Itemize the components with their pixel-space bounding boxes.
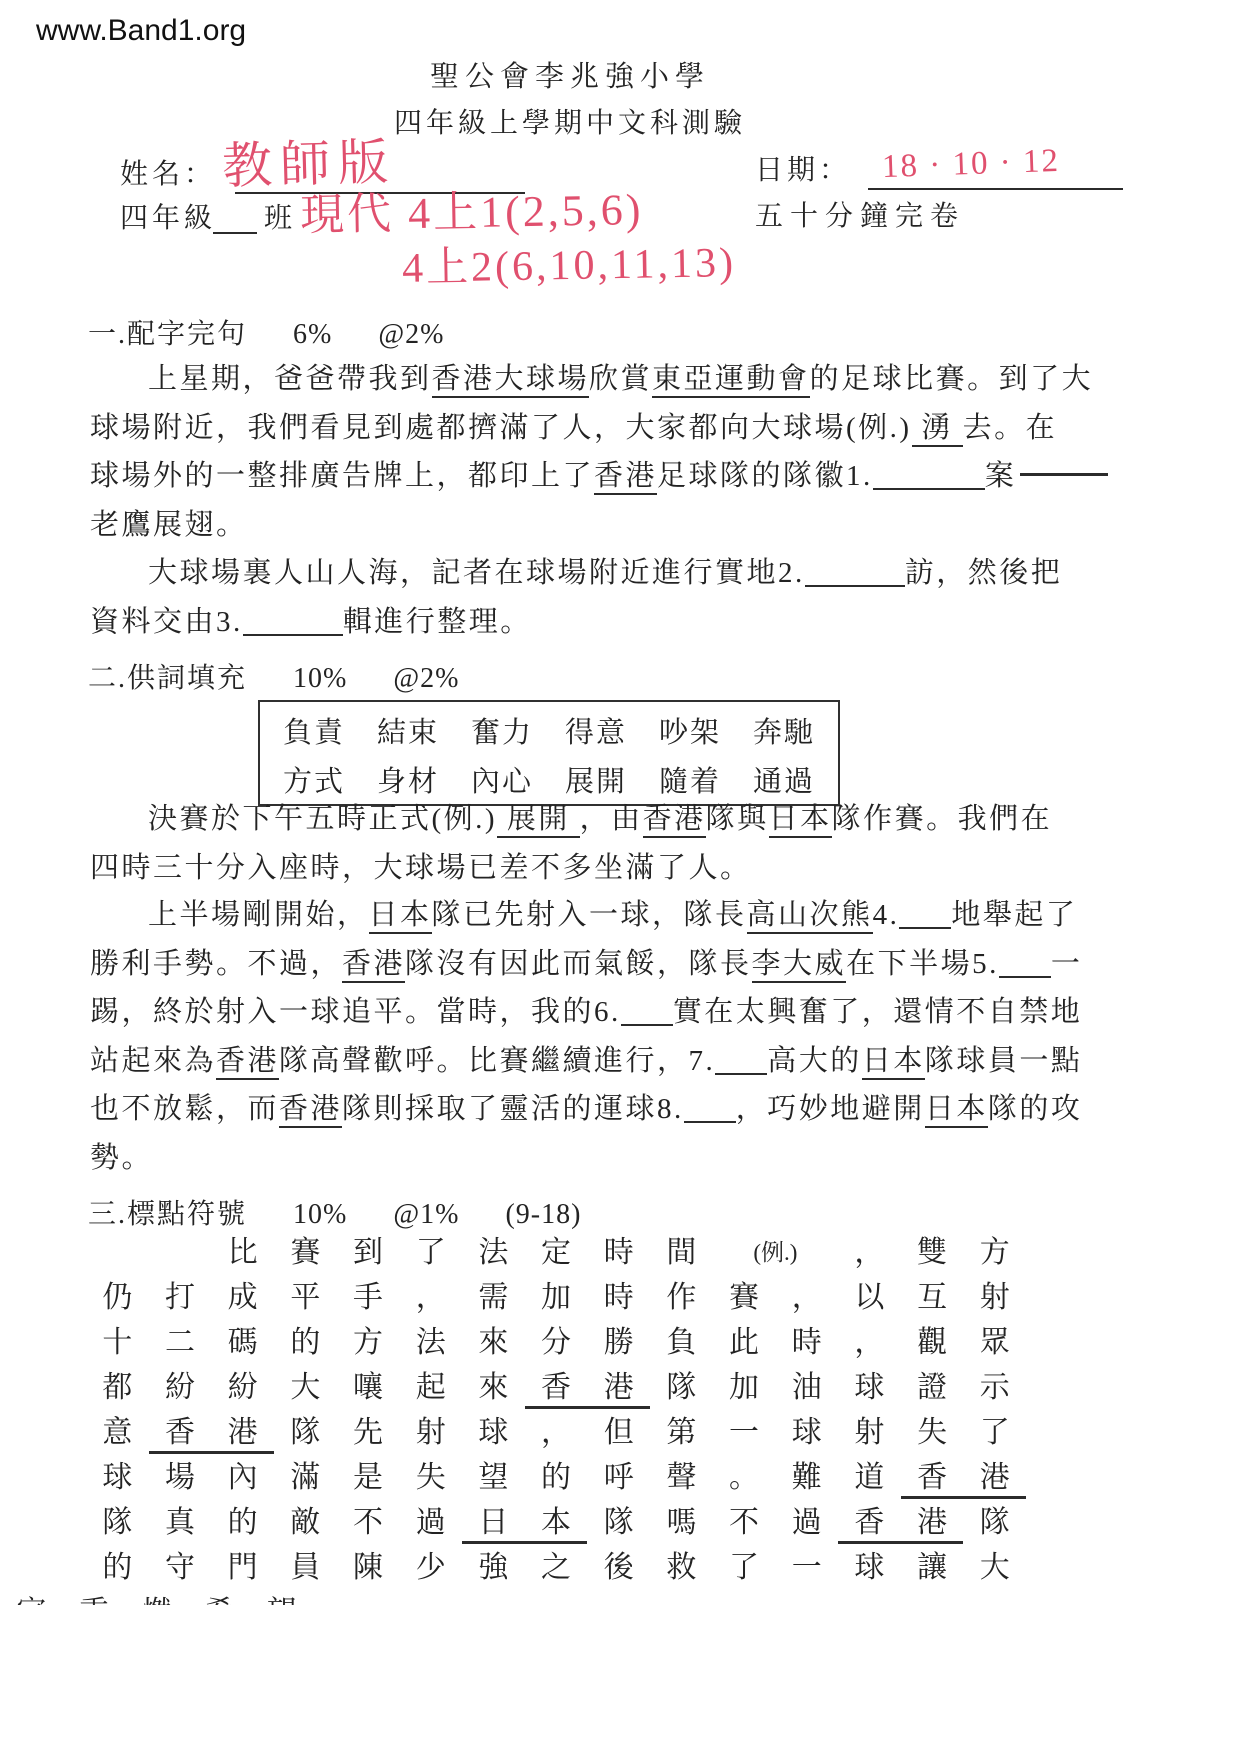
text-line: 老鷹展翅。 <box>90 502 1140 551</box>
answer-blank <box>805 556 905 587</box>
section-1-title: 配字完句 <box>127 319 247 350</box>
date-handwritten: 18 · 10 · 12 <box>881 143 1060 186</box>
text-line: 也不放鬆，而香港隊則採取了靈活的運球8.，巧妙地避開日本隊的攻 <box>90 1086 1140 1135</box>
grid-char-cell: 道 <box>838 1457 901 1502</box>
grid-char-cell: 勝 <box>587 1322 650 1367</box>
answer-blank <box>243 605 343 636</box>
name-label: 姓名： <box>120 152 216 192</box>
date-label: 日期： <box>755 148 851 188</box>
text-run: ，由 <box>580 803 643 835</box>
grid-char-cell: 此 <box>713 1322 776 1367</box>
text-line: 球場外的一整排廣告牌上，都印上了香港足球隊的隊徽1.案 <box>90 453 1140 502</box>
word-bank-row: 方式身材內心展開隨着通過 <box>260 759 838 800</box>
duration-note: 五十分鐘完卷 <box>755 194 965 234</box>
grid-char-cell: 負 <box>650 1322 713 1367</box>
word-bank-word: 展開 <box>565 759 627 800</box>
underlined-text: 香港 <box>594 460 657 495</box>
grid-char-cell: 平 <box>274 1277 337 1322</box>
class-suffix: 班 <box>264 196 296 236</box>
grid-char-cell: 來 <box>462 1367 525 1412</box>
grid-char-cell: 過 <box>775 1502 838 1547</box>
em-dash <box>1020 473 1108 476</box>
grid-char-cell: 家 <box>0 1592 63 1605</box>
grid-char-cell: 重 <box>63 1592 126 1605</box>
grid-char-cell: 球 <box>838 1367 901 1412</box>
grid-char-cell: 手 <box>337 1277 400 1322</box>
word-bank-word: 隨着 <box>659 759 721 800</box>
text-line: 四時三十分入座時，大球場已差不多坐滿了人。 <box>90 845 1140 894</box>
grid-char-cell: 都 <box>86 1367 149 1412</box>
grid-char-cell: 難 <box>775 1457 838 1502</box>
grid-char-cell: 觀 <box>901 1322 964 1367</box>
section-2-paragraph-2: 上半場剛開始，日本隊已先射入一球，隊長高山次熊4.地舉起了勝利手勢。不過，香港隊… <box>90 892 1140 1183</box>
grid-char-cell: 作 <box>650 1277 713 1322</box>
word-bank-row: 負責結束奮力得意吵架奔馳 <box>260 710 838 751</box>
text-run: 隊已先射入一球，隊長 <box>432 899 747 931</box>
section-2-number: 二. <box>88 663 127 694</box>
text-line: 勝利手勢。不過，香港隊沒有因此而氣餒，隊長李大威在下半場5.一 <box>90 941 1140 990</box>
underlined-text: 香港 <box>279 1093 342 1128</box>
grid-char-cell: 希 <box>188 1592 251 1605</box>
punctuation-grid-clipped-row: 家重燃希望 <box>0 1592 940 1605</box>
section-3-each: @1% <box>393 1199 459 1230</box>
grid-char-cell: 射 <box>399 1412 462 1457</box>
grid-char-cell: 一 <box>713 1412 776 1457</box>
grid-char-cell: 香 <box>901 1457 964 1499</box>
grid-row: 比賽到了法定時間(例.)，雙方 <box>86 1232 1026 1277</box>
section-3-percent: 10% <box>293 1199 347 1230</box>
grid-char-cell: 是 <box>337 1457 400 1502</box>
grid-char-cell: (例.) <box>713 1232 838 1277</box>
text-run: 大球場裏人山人海，記者在球場附近進行實地2. <box>148 557 805 589</box>
grid-char-cell: 呼 <box>587 1457 650 1502</box>
grid-char-cell: 後 <box>587 1547 650 1592</box>
grid-char-cell: 少 <box>399 1547 462 1592</box>
grid-char-cell: 聲 <box>650 1457 713 1502</box>
section-2-percent: 10% <box>293 663 347 694</box>
grid-char-cell: 敵 <box>274 1502 337 1547</box>
grid-char-cell: 的 <box>86 1547 149 1592</box>
grid-empty-cell <box>752 1592 815 1605</box>
grid-empty-cell <box>501 1592 564 1605</box>
school-title: 聖公會李兆強小學 <box>0 54 1140 95</box>
grid-char-cell: 十 <box>86 1322 149 1367</box>
underlined-text: 展開 <box>497 803 580 838</box>
grid-char-cell: 賽 <box>713 1277 776 1322</box>
section-2-paragraph-1: 決賽於下午五時正式(例.) 展開 ，由香港隊與日本隊作賽。我們在四時三十分入座時… <box>90 796 1140 893</box>
text-run: 實在太興奮了，還情不自禁地 <box>673 996 1083 1028</box>
grid-empty-cell <box>877 1592 940 1605</box>
text-run: 上星期，爸爸帶我到 <box>148 363 432 395</box>
text-run: 站起來為 <box>90 1045 216 1077</box>
grid-char-cell: 碼 <box>211 1322 274 1367</box>
grid-char-cell: 港 <box>587 1367 650 1409</box>
text-run: 也不放鬆，而 <box>90 1093 279 1125</box>
section-3-range: (9-18) <box>505 1199 581 1230</box>
grid-char-cell: 香 <box>838 1502 901 1544</box>
grid-empty-cell <box>564 1592 627 1605</box>
grid-char-cell: 加 <box>525 1277 588 1322</box>
text-run: 的足球比賽。到了大 <box>810 363 1094 395</box>
grid-char-cell: 燃 <box>125 1592 188 1605</box>
grid-char-cell: 了 <box>399 1232 462 1277</box>
grid-char-cell: 香 <box>149 1412 212 1454</box>
grid-char-cell: 過 <box>399 1502 462 1547</box>
section-1-heading: 一.配字完句6%@2% <box>88 312 444 352</box>
section-2-heading: 二.供詞填充10%@2% <box>88 656 459 696</box>
grid-char-cell: 隊 <box>274 1412 337 1457</box>
answer-blank <box>999 947 1051 978</box>
grid-char-cell: 到 <box>337 1232 400 1277</box>
text-run: 高大的 <box>767 1045 862 1077</box>
grid-char-cell: 強 <box>462 1547 525 1592</box>
underlined-text: 香港大球場 <box>432 363 590 398</box>
grid-char-cell: 真 <box>149 1502 212 1547</box>
grid-char-cell: ， <box>838 1232 901 1277</box>
grid-char-cell: 場 <box>149 1457 212 1502</box>
word-bank-word: 結束 <box>377 710 439 751</box>
grid-char-cell: 不 <box>713 1502 776 1547</box>
grid-char-cell: 港 <box>963 1457 1026 1499</box>
grid-char-cell: ， <box>399 1277 462 1322</box>
underlined-text: 李大威 <box>752 948 847 983</box>
text-run: 隊則採取了靈活的運球8. <box>342 1093 684 1125</box>
grid-char-cell: 油 <box>775 1367 838 1412</box>
underlined-text: 高山次熊 <box>747 899 873 934</box>
underlined-text: 日本 <box>369 899 432 934</box>
text-run: 踢，終於射入一球追平。當時，我的6. <box>90 996 621 1028</box>
text-run: 4. <box>873 899 900 931</box>
text-run: 四時三十分入座時，大球場已差不多坐滿了人。 <box>90 852 752 884</box>
text-run: 隊沒有因此而氣餒，隊長 <box>405 948 752 980</box>
grid-empty-cell <box>627 1592 690 1605</box>
grid-char-cell: 證 <box>901 1367 964 1412</box>
underlined-text: 香港 <box>643 803 706 838</box>
grid-char-cell: 港 <box>211 1412 274 1454</box>
text-run: 訪，然後把 <box>905 557 1063 589</box>
grid-char-cell: 守 <box>149 1547 212 1592</box>
grid-empty-cell <box>86 1232 149 1277</box>
section-3-heading: 三.標點符號10%@1%(9-18) <box>88 1192 581 1232</box>
grid-char-cell: 紛 <box>149 1367 212 1412</box>
grid-char-cell: 一 <box>775 1547 838 1592</box>
grid-char-cell: 眾 <box>963 1322 1026 1367</box>
grid-char-cell: 二 <box>149 1322 212 1367</box>
grid-char-cell: 方 <box>963 1232 1026 1277</box>
grid-row: 隊真的敵不過日本隊嗎不過香港隊 <box>86 1502 1026 1547</box>
underlined-text: 東亞運動會 <box>652 363 810 398</box>
text-run: 勢。 <box>90 1142 153 1174</box>
grid-char-cell: 時 <box>775 1322 838 1367</box>
grid-char-cell: 定 <box>525 1232 588 1277</box>
grid-char-cell: 嗎 <box>650 1502 713 1547</box>
grid-char-cell: 時 <box>587 1232 650 1277</box>
word-bank-word: 身材 <box>377 759 439 800</box>
answer-blank <box>873 459 985 490</box>
grid-char-cell: 仍 <box>86 1277 149 1322</box>
grid-row: 都紛紛大嚷起來香港隊加油球證示 <box>86 1367 1026 1412</box>
text-run: 隊高聲歡呼。比賽繼續進行，7. <box>279 1045 715 1077</box>
section-3-number: 三. <box>88 1199 127 1230</box>
word-bank-word: 奔馳 <box>753 710 815 751</box>
grid-char-cell: 需 <box>462 1277 525 1322</box>
grid-empty-cell <box>149 1232 212 1277</box>
grid-char-cell: 但 <box>587 1412 650 1457</box>
grid-empty-cell <box>376 1592 439 1605</box>
text-run: 資料交由3. <box>90 606 243 638</box>
grid-empty-cell <box>313 1592 376 1605</box>
grid-row: 意香港隊先射球，但第一球射失了 <box>86 1412 1026 1457</box>
grid-char-cell: 間 <box>650 1232 713 1277</box>
grid-char-cell: 不 <box>337 1502 400 1547</box>
text-run: 上半場剛開始， <box>148 899 369 931</box>
grid-char-cell: 球 <box>775 1412 838 1457</box>
section-2-each: @2% <box>393 663 459 694</box>
grid-char-cell: 隊 <box>86 1502 149 1547</box>
grid-char-cell: 了 <box>963 1412 1026 1457</box>
grid-char-cell: 球 <box>462 1412 525 1457</box>
grid-char-cell: 港 <box>901 1502 964 1544</box>
grid-char-cell: 望 <box>251 1592 314 1605</box>
grid-char-cell: 第 <box>650 1412 713 1457</box>
text-run: 案 <box>985 460 1017 492</box>
answer-blank <box>684 1092 736 1123</box>
grid-char-cell: 加 <box>713 1367 776 1412</box>
grid-char-cell: ， <box>525 1412 588 1457</box>
grid-char-cell: 之 <box>525 1547 588 1592</box>
class-prefix: 四年級 <box>120 196 216 236</box>
exam-title: 四年級上學期中文科測驗 <box>0 101 1140 141</box>
word-bank-word: 內心 <box>471 759 533 800</box>
grid-char-cell: 比 <box>211 1232 274 1277</box>
text-run: 隊球員一點 <box>925 1045 1083 1077</box>
grid-char-cell: 球 <box>86 1457 149 1502</box>
text-run: 球場外的一整排廣告牌上，都印上了 <box>90 460 594 492</box>
underlined-text: 香港 <box>216 1045 279 1080</box>
grid-char-cell: 門 <box>211 1547 274 1592</box>
section-1-percent: 6% <box>293 319 332 350</box>
grid-row: 球場內滿是失望的呼聲。難道香港 <box>86 1457 1026 1502</box>
text-run: 輯進行整理。 <box>343 606 532 638</box>
grid-char-cell: 失 <box>399 1457 462 1502</box>
text-line: 勢。 <box>90 1135 1140 1184</box>
grid-char-cell: 大 <box>274 1367 337 1412</box>
grid-char-cell: 嚷 <box>337 1367 400 1412</box>
grid-char-cell: 隊 <box>650 1367 713 1412</box>
section-1-paragraph-2: 大球場裏人山人海，記者在球場附近進行實地2.訪，然後把資料交由3.輯進行整理。 <box>90 550 1140 647</box>
grid-char-cell: 起 <box>399 1367 462 1412</box>
grid-char-cell: 法 <box>399 1322 462 1367</box>
text-line: 上半場剛開始，日本隊已先射入一球，隊長高山次熊4.地舉起了 <box>90 892 1140 941</box>
text-run: 隊與 <box>706 803 769 835</box>
grid-char-cell: ， <box>775 1277 838 1322</box>
text-run: 隊作賽。我們在 <box>832 803 1053 835</box>
grid-char-cell: 本 <box>525 1502 588 1544</box>
word-bank-word: 吵架 <box>659 710 721 751</box>
grid-char-cell: 以 <box>838 1277 901 1322</box>
text-run: 決賽於下午五時正式(例.) <box>148 803 497 835</box>
grid-char-cell: 球 <box>838 1547 901 1592</box>
grid-char-cell: 先 <box>337 1412 400 1457</box>
grid-char-cell: 隊 <box>963 1502 1026 1547</box>
section-1-paragraph-1: 上星期，爸爸帶我到香港大球場欣賞東亞運動會的足球比賽。到了大球場附近，我們看見到… <box>90 356 1140 550</box>
grid-char-cell: 。 <box>713 1457 776 1502</box>
grid-row: 仍打成平手，需加時作賽，以互射 <box>86 1277 1026 1322</box>
text-line: 站起來為香港隊高聲歡呼。比賽繼續進行，7.高大的日本隊球員一點 <box>90 1038 1140 1087</box>
date-underline <box>868 188 1123 190</box>
grid-char-cell: 望 <box>462 1457 525 1502</box>
word-bank-word: 通過 <box>753 759 815 800</box>
grid-char-cell: 射 <box>838 1412 901 1457</box>
grid-char-cell: 分 <box>525 1322 588 1367</box>
grid-char-cell: 紛 <box>211 1367 274 1412</box>
grid-char-cell: 射 <box>963 1277 1026 1322</box>
section-2-title: 供詞填充 <box>127 663 247 694</box>
underlined-text: 香港 <box>342 948 405 983</box>
grid-row: 十二碼的方法來分勝負此時，觀眾 <box>86 1322 1026 1367</box>
text-line: 大球場裏人山人海，記者在球場附近進行實地2.訪，然後把 <box>90 550 1140 599</box>
grid-char-cell: 法 <box>462 1232 525 1277</box>
text-run: 老鷹展翅。 <box>90 509 248 541</box>
word-bank-word: 方式 <box>283 759 345 800</box>
section-3-title: 標點符號 <box>127 1199 247 1230</box>
text-run: 地舉起了 <box>951 899 1077 931</box>
text-line: 上星期，爸爸帶我到香港大球場欣賞東亞運動會的足球比賽。到了大 <box>90 356 1140 405</box>
text-line: 踢，終於射入一球追平。當時，我的6.實在太興奮了，還情不自禁地 <box>90 989 1140 1038</box>
scanned-test-paper: www.Band1.org 聖公會李兆強小學 四年級上學期中文科測驗 姓名： 教… <box>0 0 1240 1754</box>
section-1-number: 一. <box>88 319 127 350</box>
grid-char-cell: ， <box>838 1322 901 1367</box>
text-run: 球場附近，我們看見到處都擠滿了人，大家都向大球場(例.) <box>90 412 912 444</box>
grid-char-cell: 陳 <box>337 1547 400 1592</box>
grid-char-cell: 了 <box>713 1547 776 1592</box>
grid-empty-cell <box>815 1592 878 1605</box>
grid-char-cell: 打 <box>149 1277 212 1322</box>
grid-char-cell: 大 <box>963 1547 1026 1592</box>
grid-char-cell: 滿 <box>274 1457 337 1502</box>
word-bank-word: 奮力 <box>471 710 533 751</box>
grid-char-cell: 的 <box>525 1457 588 1502</box>
text-run: 隊的攻 <box>988 1093 1083 1125</box>
text-run: 去。在 <box>963 412 1058 444</box>
text-run: ，巧妙地避開 <box>736 1093 925 1125</box>
grid-char-cell: 的 <box>211 1502 274 1547</box>
word-bank-word: 負責 <box>283 710 345 751</box>
grid-empty-cell <box>689 1592 752 1605</box>
grid-char-cell: 雙 <box>901 1232 964 1277</box>
grid-char-cell: 失 <box>901 1412 964 1457</box>
grid-char-cell: 救 <box>650 1547 713 1592</box>
title-block: 聖公會李兆強小學 四年級上學期中文科測驗 <box>0 0 1140 141</box>
grid-char-cell: 的 <box>274 1322 337 1367</box>
text-run: 足球隊的隊徽1. <box>657 460 873 492</box>
underlined-text: 日本 <box>925 1093 988 1128</box>
grid-char-cell: 意 <box>86 1412 149 1457</box>
grid-char-cell: 員 <box>274 1547 337 1592</box>
grid-char-cell: 香 <box>525 1367 588 1409</box>
underlined-text: 湧 <box>912 412 963 447</box>
grid-char-cell: 內 <box>211 1457 274 1502</box>
text-run: 在下半場5. <box>846 948 999 980</box>
text-line: 球場附近，我們看見到處都擠滿了人，大家都向大球場(例.) 湧 去。在 <box>90 405 1140 454</box>
grid-empty-cell <box>439 1592 502 1605</box>
grid-char-cell: 互 <box>901 1277 964 1322</box>
red-class-note-2: 4上2(6,10,11,13) <box>402 229 737 295</box>
class-underline <box>213 232 257 234</box>
grid-char-cell: 方 <box>337 1322 400 1367</box>
grid-char-cell: 讓 <box>901 1547 964 1592</box>
text-line: 資料交由3.輯進行整理。 <box>90 599 1140 648</box>
text-line: 決賽於下午五時正式(例.) 展開 ，由香港隊與日本隊作賽。我們在 <box>90 796 1140 845</box>
grid-char-cell: 賽 <box>274 1232 337 1277</box>
grid-char-cell: 成 <box>211 1277 274 1322</box>
answer-blank <box>715 1044 767 1075</box>
grid-row: 的守門員陳少強之後救了一球讓大 <box>86 1547 1026 1592</box>
answer-blank <box>899 898 951 929</box>
section-1-each: @2% <box>378 319 444 350</box>
grid-char-cell: 時 <box>587 1277 650 1322</box>
grid-char-cell: 日 <box>462 1502 525 1544</box>
grid-char-cell: 隊 <box>587 1502 650 1547</box>
underlined-text: 日本 <box>862 1045 925 1080</box>
grid-char-cell: 來 <box>462 1322 525 1367</box>
word-bank-word: 得意 <box>565 710 627 751</box>
word-bank-box: 負責結束奮力得意吵架奔馳方式身材內心展開隨着通過 <box>258 700 840 806</box>
text-run: 勝利手勢。不過， <box>90 948 342 980</box>
grid-char-cell: 示 <box>963 1367 1026 1412</box>
answer-blank <box>621 995 673 1026</box>
grid-row: 家重燃希望 <box>0 1592 940 1605</box>
underlined-text: 日本 <box>769 803 832 838</box>
punctuation-grid: 比賽到了法定時間(例.)，雙方仍打成平手，需加時作賽，以互射十二碼的方法來分勝負… <box>86 1232 1026 1592</box>
text-run: 一 <box>1051 948 1083 980</box>
text-run: 欣賞 <box>589 363 652 395</box>
